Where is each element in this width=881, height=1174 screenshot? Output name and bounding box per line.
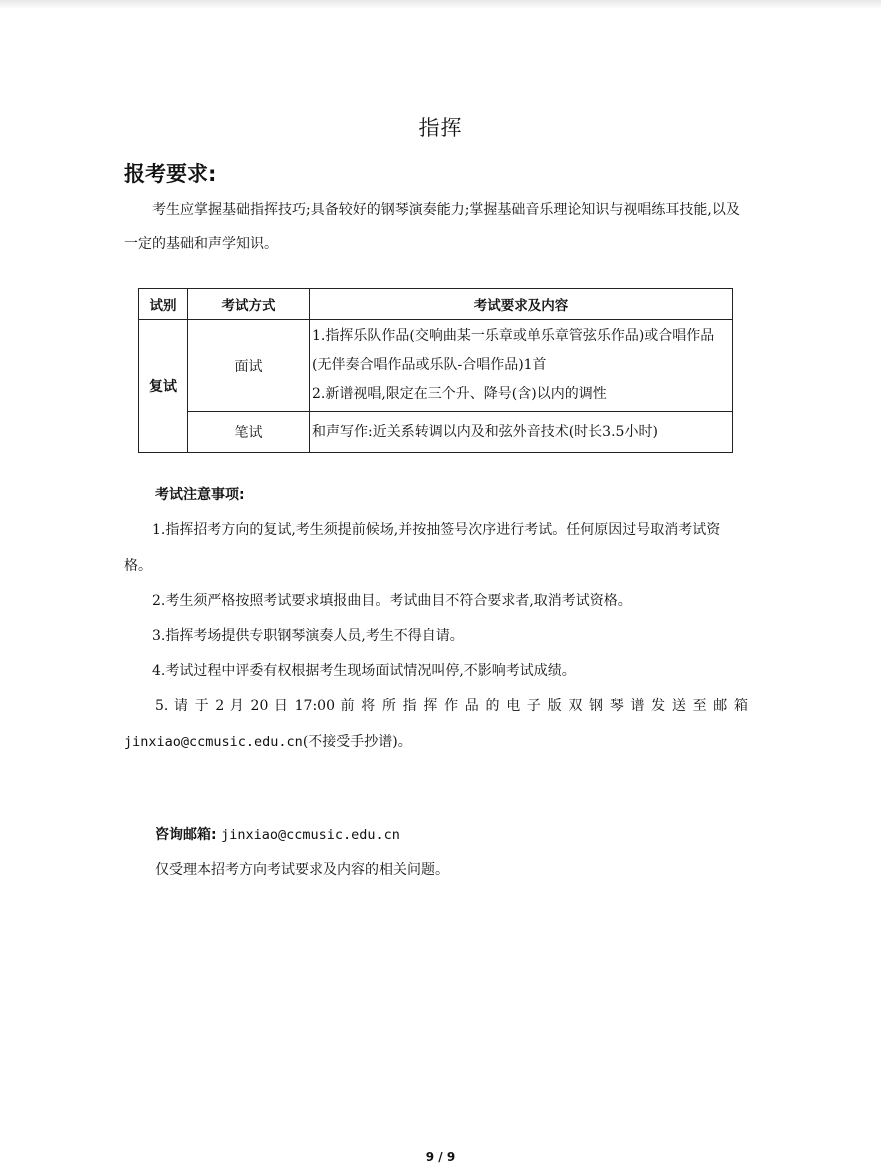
contact-label: 咨询邮箱: [155,827,217,843]
header-method: 考试方式 [188,289,310,320]
contact-note: 仅受理本招考方向考试要求及内容的相关问题。 [155,859,449,879]
note-5-suffix: (不接受手抄谱)。 [303,734,412,750]
note-item-3: 3.指挥考场提供专职钢琴演奏人员,考生不得自请。 [124,618,748,654]
note-item-1: 1.指挥招考方向的复试,考生须提前候场,并按抽签号次序进行考试。任何原因过号取消… [124,512,748,584]
header-content: 考试要求及内容 [310,289,733,320]
page-number: 9 / 9 [0,1150,881,1164]
section-heading-requirements: 报考要求: [124,158,216,188]
intro-paragraph: 考生应掌握基础指挥技巧;具备较好的钢琴演奏能力;掌握基础音乐理论知识与视唱练耳技… [124,193,748,261]
content-line: 2.新谱视唱,限定在三个升、降号(含)以内的调性 [312,380,732,409]
note-item-2: 2.考生须严格按照考试要求填报曲目。考试曲目不符合要求者,取消考试资格。 [124,583,748,619]
table-header-row: 试别 考试方式 考试要求及内容 [139,289,733,320]
table-row: 复试 面试 1.指挥乐队作品(交响曲某一乐章或单乐章管弦乐作品)或合唱作品(无伴… [139,320,733,412]
page-top-edge [0,0,881,9]
header-round: 试别 [139,289,188,320]
note-item-4: 4.考试过程中评委有权根据考生现场面试情况叫停,不影响考试成绩。 [124,653,748,689]
note-item-5-line1: 5. 请 于 2 月 20 日 17:00 前 将 所 指 挥 作 品 的 电 … [155,688,748,724]
content-line: 1.指挥乐队作品(交响曲某一乐章或单乐章管弦乐作品)或合唱作品(无伴奏合唱作品或… [312,322,732,380]
round-cell: 复试 [139,320,188,453]
content-cell: 1.指挥乐队作品(交响曲某一乐章或单乐章管弦乐作品)或合唱作品(无伴奏合唱作品或… [310,320,733,412]
method-cell: 面试 [188,320,310,412]
content-line: 和声写作:近关系转调以内及和弦外音技术(时长3.5小时) [312,418,732,447]
contact-line: 咨询邮箱: jinxiao@ccmusic.edu.cn [155,824,400,844]
page-title: 指挥 [0,112,881,142]
note-5-email-link[interactable]: jinxiao@ccmusic.edu.cn [124,734,303,750]
notes-heading: 考试注意事项: [155,484,245,504]
method-cell: 笔试 [188,412,310,453]
table-row: 笔试 和声写作:近关系转调以内及和弦外音技术(时长3.5小时) [139,412,733,453]
content-cell: 和声写作:近关系转调以内及和弦外音技术(时长3.5小时) [310,412,733,453]
contact-email-link[interactable]: jinxiao@ccmusic.edu.cn [221,827,400,843]
note-5-text: 5. 请 于 2 月 20 日 17:00 前 将 所 指 挥 作 品 的 电 … [155,688,748,724]
exam-requirements-table: 试别 考试方式 考试要求及内容 复试 面试 1.指挥乐队作品(交响曲某一乐章或单… [138,288,733,453]
note-item-5-line2: jinxiao@ccmusic.edu.cn(不接受手抄谱)。 [124,724,748,760]
